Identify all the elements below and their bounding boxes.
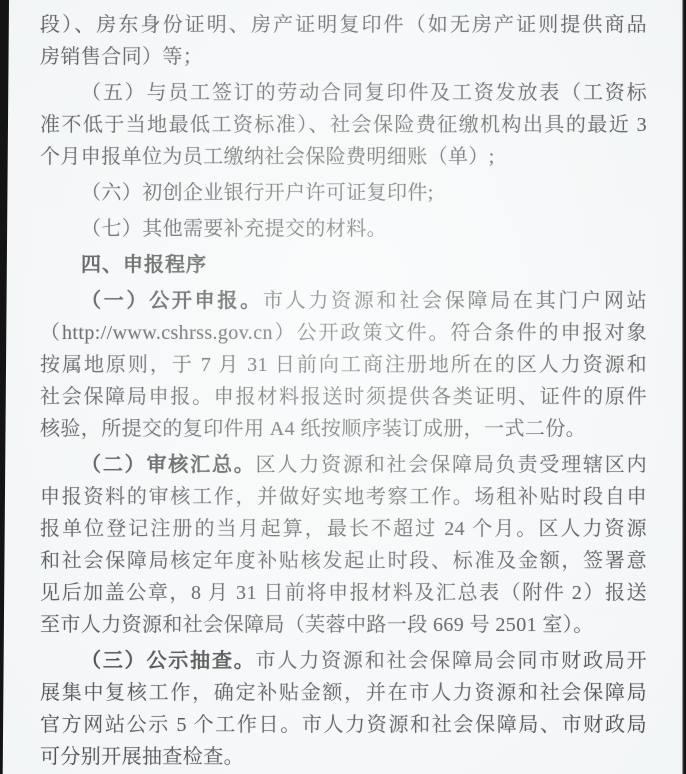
- text-line-item-6: （六）初创企业银行开户许可证复印件;: [40, 177, 647, 209]
- clause-text: 区人力资源和社会保障局负责受理辖区内: [256, 454, 647, 476]
- text-line-with-url: （http://www.cshrss.gov.cn）公开政策文件。符合条件的申报…: [40, 317, 647, 349]
- text-line: 社会保障局申报。申报材料报送时须提供各类证明、证件的原件: [40, 381, 647, 413]
- text-line: 官方网站公示 5 个工作日。市人力资源和社会保障局、市财政局: [40, 709, 647, 741]
- scan-left-border: [0, 0, 9, 774]
- document-page: 段）、房东身份证明、房产证明复印件（如无房产证则提供商品 房销售合同）等； （五…: [40, 9, 647, 773]
- text-line: 按属地原则，于 7 月 31 日前向工商注册地所在的区人力资源和: [40, 349, 647, 381]
- clause-label: （二）审核汇总。: [81, 454, 256, 476]
- text-line: 申报资料的审核工作，并做好实地考察工作。场租补贴时段自申: [40, 481, 647, 513]
- text-line: 展集中复核工作，确定补贴金额，并在市人力资源和社会保障局: [40, 677, 647, 709]
- clause-label: （一）公开申报。: [81, 290, 263, 312]
- text-line-item-7: （七）其他需要补充提交的材料。: [40, 213, 647, 245]
- clause-text: 市人力资源和社会保障局会同市财政局开: [256, 650, 647, 672]
- text-line-clause-2: （二）审核汇总。区人力资源和社会保障局负责受理辖区内: [40, 449, 647, 481]
- text-line: 和社会保障局核定年度补贴核发起止时段、标准及金额，签署意: [40, 545, 647, 577]
- scan-right-border: [682, 0, 686, 774]
- clause-label: （三）公示抽查。: [81, 650, 256, 672]
- clause-text: 市人力资源和社会保障局在其门户网站: [263, 290, 647, 312]
- text-line: 个月申报单位为员工缴纳社会保险费明细账（单）;: [40, 141, 647, 173]
- text-line: 至市人力资源和社会保障局（芙蓉中路一段 669 号 2501 室）。: [40, 609, 647, 641]
- text-line: 房销售合同）等；: [40, 41, 647, 73]
- text-line: 准不低于当地最低工资标准）、社会保险费征缴机构出具的最近 3: [40, 109, 647, 141]
- text-line: 核验，所提交的复印件用 A4 纸按顺序装订成册，一式二份。: [40, 413, 647, 445]
- text-line-item-5: （五）与员工签订的劳动合同复印件及工资发放表（工资标: [40, 77, 647, 109]
- text-line: 段）、房东身份证明、房产证明复印件（如无房产证则提供商品: [40, 9, 647, 41]
- text-line-clause-3: （三）公示抽查。市人力资源和社会保障局会同市财政局开: [40, 645, 647, 677]
- section-heading-4: 四、申报程序: [40, 249, 647, 281]
- text-line-clause-1: （一）公开申报。市人力资源和社会保障局在其门户网站: [40, 285, 647, 317]
- text-line: 可分别开展抽查检查。: [40, 741, 647, 773]
- text-line: 见后加盖公章，8 月 31 日前将申报材料及汇总表（附件 2）报送: [40, 577, 647, 609]
- text-line: 报单位登记注册的当月起算，最长不超过 24 个月。区人力资源: [40, 513, 647, 545]
